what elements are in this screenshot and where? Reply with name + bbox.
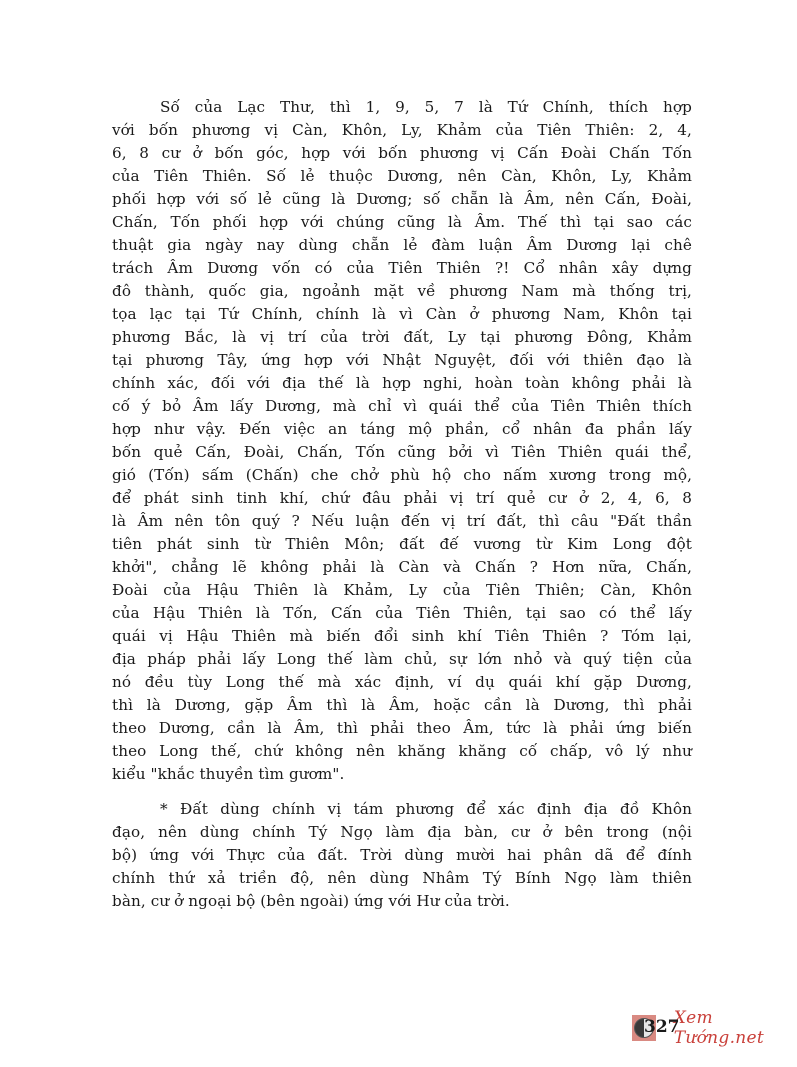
text-line: với bốn phương vị Càn, Khôn, Ly, Khảm củ… bbox=[112, 119, 692, 142]
text-line: hợp như vậy. Đến việc an táng mộ phần, c… bbox=[112, 418, 692, 441]
text-line: chính xác, đối với địa thế là hợp nghi, … bbox=[112, 372, 692, 395]
watermark: 327 Xem Tướng.net bbox=[632, 1014, 797, 1042]
text-line: bàn, cư ở ngoại bộ (bên ngoài) ứng với H… bbox=[112, 890, 692, 913]
text-line: theo Dương, cần là Âm, thì phải theo Âm,… bbox=[112, 717, 692, 740]
text-line: tiên phát sinh từ Thiên Môn; đất đế vươn… bbox=[112, 533, 692, 556]
text-line: khởi", chẳng lẽ không phải là Càn và Chấ… bbox=[112, 556, 692, 579]
text-line: của Tiên Thiên. Số lẻ thuộc Dương, nên C… bbox=[112, 165, 692, 188]
text-line: trách Âm Dương vốn có của Tiên Thiên ?! … bbox=[112, 257, 692, 280]
text-line: đạo, nên dùng chính Tý Ngọ làm địa bàn, … bbox=[112, 821, 692, 844]
text-line: nó đều tùy Long thế mà xác định, ví dụ q… bbox=[112, 671, 692, 694]
text-line: chính thứ xả triền độ, nên dùng Nhâm Tý … bbox=[112, 867, 692, 890]
text-line: thì là Dương, gặp Âm thì là Âm, hoặc cần… bbox=[112, 694, 692, 717]
paragraph-gap bbox=[112, 786, 692, 798]
text-line: * Đất dùng chính vị tám phương để xác đị… bbox=[112, 798, 692, 821]
text-line: Đoài của Hậu Thiên là Khảm, Ly của Tiên … bbox=[112, 579, 692, 602]
text-line: tại phương Tây, ứng hợp với Nhật Nguyệt,… bbox=[112, 349, 692, 372]
text-line: là Âm nên tôn quý ? Nếu luận đến vị trí … bbox=[112, 510, 692, 533]
text-line: theo Long thế, chứ không nên khăng khăng… bbox=[112, 740, 692, 763]
paragraph-2: * Đất dùng chính vị tám phương để xác đị… bbox=[112, 798, 692, 913]
yin-yang-logo-icon: 327 bbox=[632, 1015, 656, 1041]
text-line: quái vị Hậu Thiên mà biến đổi sinh khí T… bbox=[112, 625, 692, 648]
text-line: Chấn, Tốn phối hợp với chúng cũng là Âm.… bbox=[112, 211, 692, 234]
page-number: 327 bbox=[644, 1017, 680, 1037]
text-line: 6, 8 cư ở bốn góc, hợp với bốn phương vị… bbox=[112, 142, 692, 165]
text-line: địa pháp phải lấy Long thế làm chủ, sự l… bbox=[112, 648, 692, 671]
paragraph-1: Số của Lạc Thư, thì 1, 9, 5, 7 là Tứ Chí… bbox=[112, 96, 692, 786]
text-line: phối hợp với số lẻ cũng là Dương; số chẵ… bbox=[112, 188, 692, 211]
text-line: kiểu "khắc thuyền tìm gươm". bbox=[112, 763, 692, 786]
text-line: bộ) ứng với Thực của đất. Trời dùng mười… bbox=[112, 844, 692, 867]
watermark-text: Xem Tướng.net bbox=[674, 1008, 797, 1048]
text-line: thuật gia ngày nay dùng chẵn lẻ đàm luận… bbox=[112, 234, 692, 257]
text-line: của Hậu Thiên là Tốn, Cấn của Tiên Thiên… bbox=[112, 602, 692, 625]
text-line: phương Bắc, là vị trí của trời đất, Ly t… bbox=[112, 326, 692, 349]
text-line: cố ý bỏ Âm lấy Dương, mà chỉ vì quái thể… bbox=[112, 395, 692, 418]
text-line: đô thành, quốc gia, ngoảnh mặt về phương… bbox=[112, 280, 692, 303]
text-line: bốn quẻ Cấn, Đoài, Chấn, Tốn cũng bởi vì… bbox=[112, 441, 692, 464]
text-line: để phát sinh tinh khí, chứ đâu phải vị t… bbox=[112, 487, 692, 510]
text-line: gió (Tốn) sấm (Chấn) che chở phù hộ cho … bbox=[112, 464, 692, 487]
text-line: Số của Lạc Thư, thì 1, 9, 5, 7 là Tứ Chí… bbox=[112, 96, 692, 119]
text-line: tọa lạc tại Tứ Chính, chính là vì Càn ở … bbox=[112, 303, 692, 326]
document-page: Số của Lạc Thư, thì 1, 9, 5, 7 là Tứ Chí… bbox=[112, 96, 692, 913]
